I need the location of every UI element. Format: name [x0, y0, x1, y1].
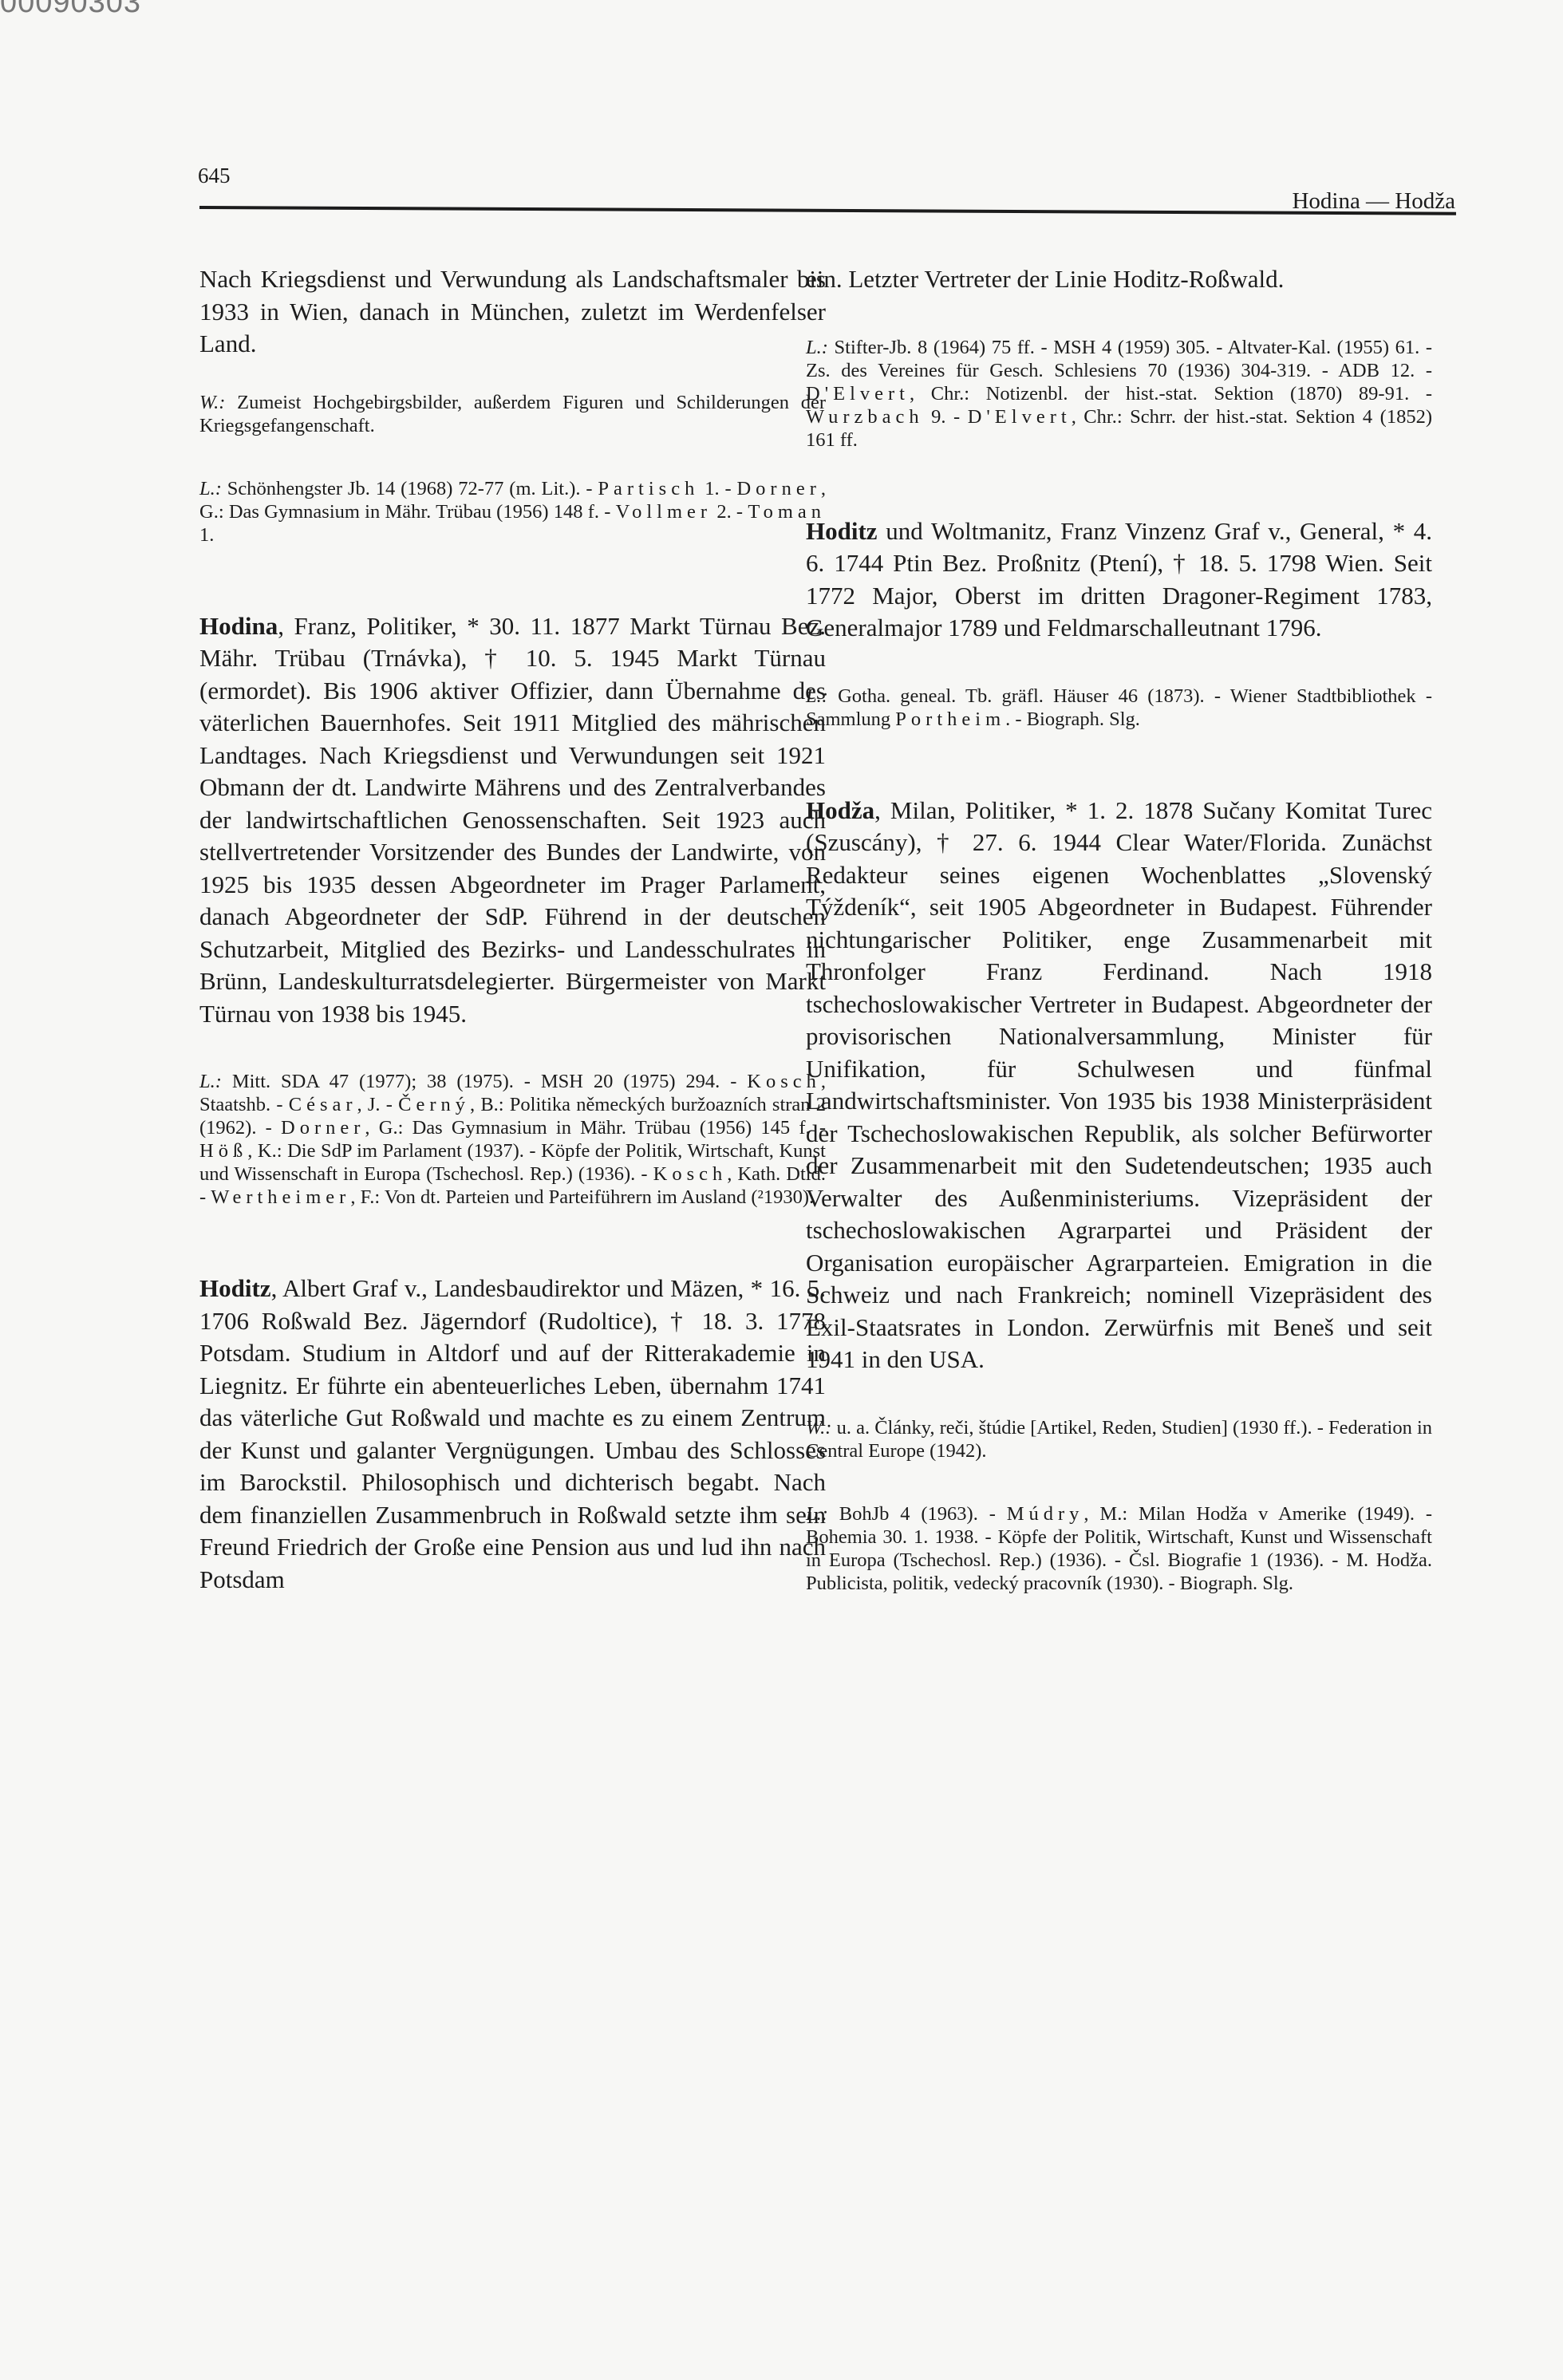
right-column: ein. Letzter Vertreter der Linie Hoditz-…	[806, 263, 1432, 1595]
literature-note: L.: BohJb 4 (1963). - Múdry, M.: Milan H…	[806, 1502, 1432, 1595]
scan-id: 00090303	[0, 0, 141, 20]
entry-headword: Hoditz	[199, 1274, 271, 1302]
entry-body: Hodina, Franz, Politiker, * 30. 11. 1877…	[199, 610, 826, 1031]
literature-note: L.: Stifter-Jb. 8 (1964) 75 ff. - MSH 4 …	[806, 336, 1432, 452]
entry-headword: Hodža	[806, 796, 874, 824]
entry-hodina: Hodina, Franz, Politiker, * 30. 11. 1877…	[199, 610, 826, 1210]
left-column: Nach Kriegsdienst und Verwundung als Lan…	[199, 263, 826, 1596]
page-number: 645	[198, 164, 231, 188]
spaced-author: Partisch	[598, 478, 699, 499]
entry-body: Hodža, Milan, Politiker, * 1. 2. 1878 Su…	[806, 795, 1432, 1376]
entry-hoditz-albert: Hoditz, Albert Graf v., Landesbaudirekto…	[199, 1273, 826, 1596]
works-note: W.: Zumeist Hochgebirgsbilder, außerdem …	[199, 391, 826, 437]
header-rule	[199, 206, 1456, 215]
works-note: W.: u. a. Články, reči, štúdie [Artikel,…	[806, 1416, 1432, 1462]
works-label: W.:	[199, 392, 225, 413]
entry-body: Hoditz und Woltmanitz, Franz Vinzenz Gra…	[806, 515, 1432, 645]
continuation-paragraph: Nach Kriegsdienst und Verwundung als Lan…	[199, 263, 826, 361]
entry-body: Hoditz, Albert Graf v., Landesbaudirekto…	[199, 1273, 826, 1596]
entry-hoditz-franz: Hoditz und Woltmanitz, Franz Vinzenz Gra…	[806, 515, 1432, 731]
entry-headword: Hodina	[199, 612, 278, 640]
entry-hodza: Hodža, Milan, Politiker, * 1. 2. 1878 Su…	[806, 795, 1432, 1595]
entry-headword: Hoditz	[806, 517, 878, 545]
literature-note: L.: Mitt. SDA 47 (1977); 38 (1975). - MS…	[199, 1070, 826, 1209]
literature-note: L.: Schönhengster Jb. 14 (1968) 72-77 (m…	[199, 477, 826, 547]
literature-note: L.: Gotha. geneal. Tb. gräfl. Häuser 46 …	[806, 685, 1432, 731]
continuation-paragraph: ein. Letzter Vertreter der Linie Hoditz-…	[806, 263, 1432, 296]
spaced-author: Vollmer	[616, 501, 712, 523]
